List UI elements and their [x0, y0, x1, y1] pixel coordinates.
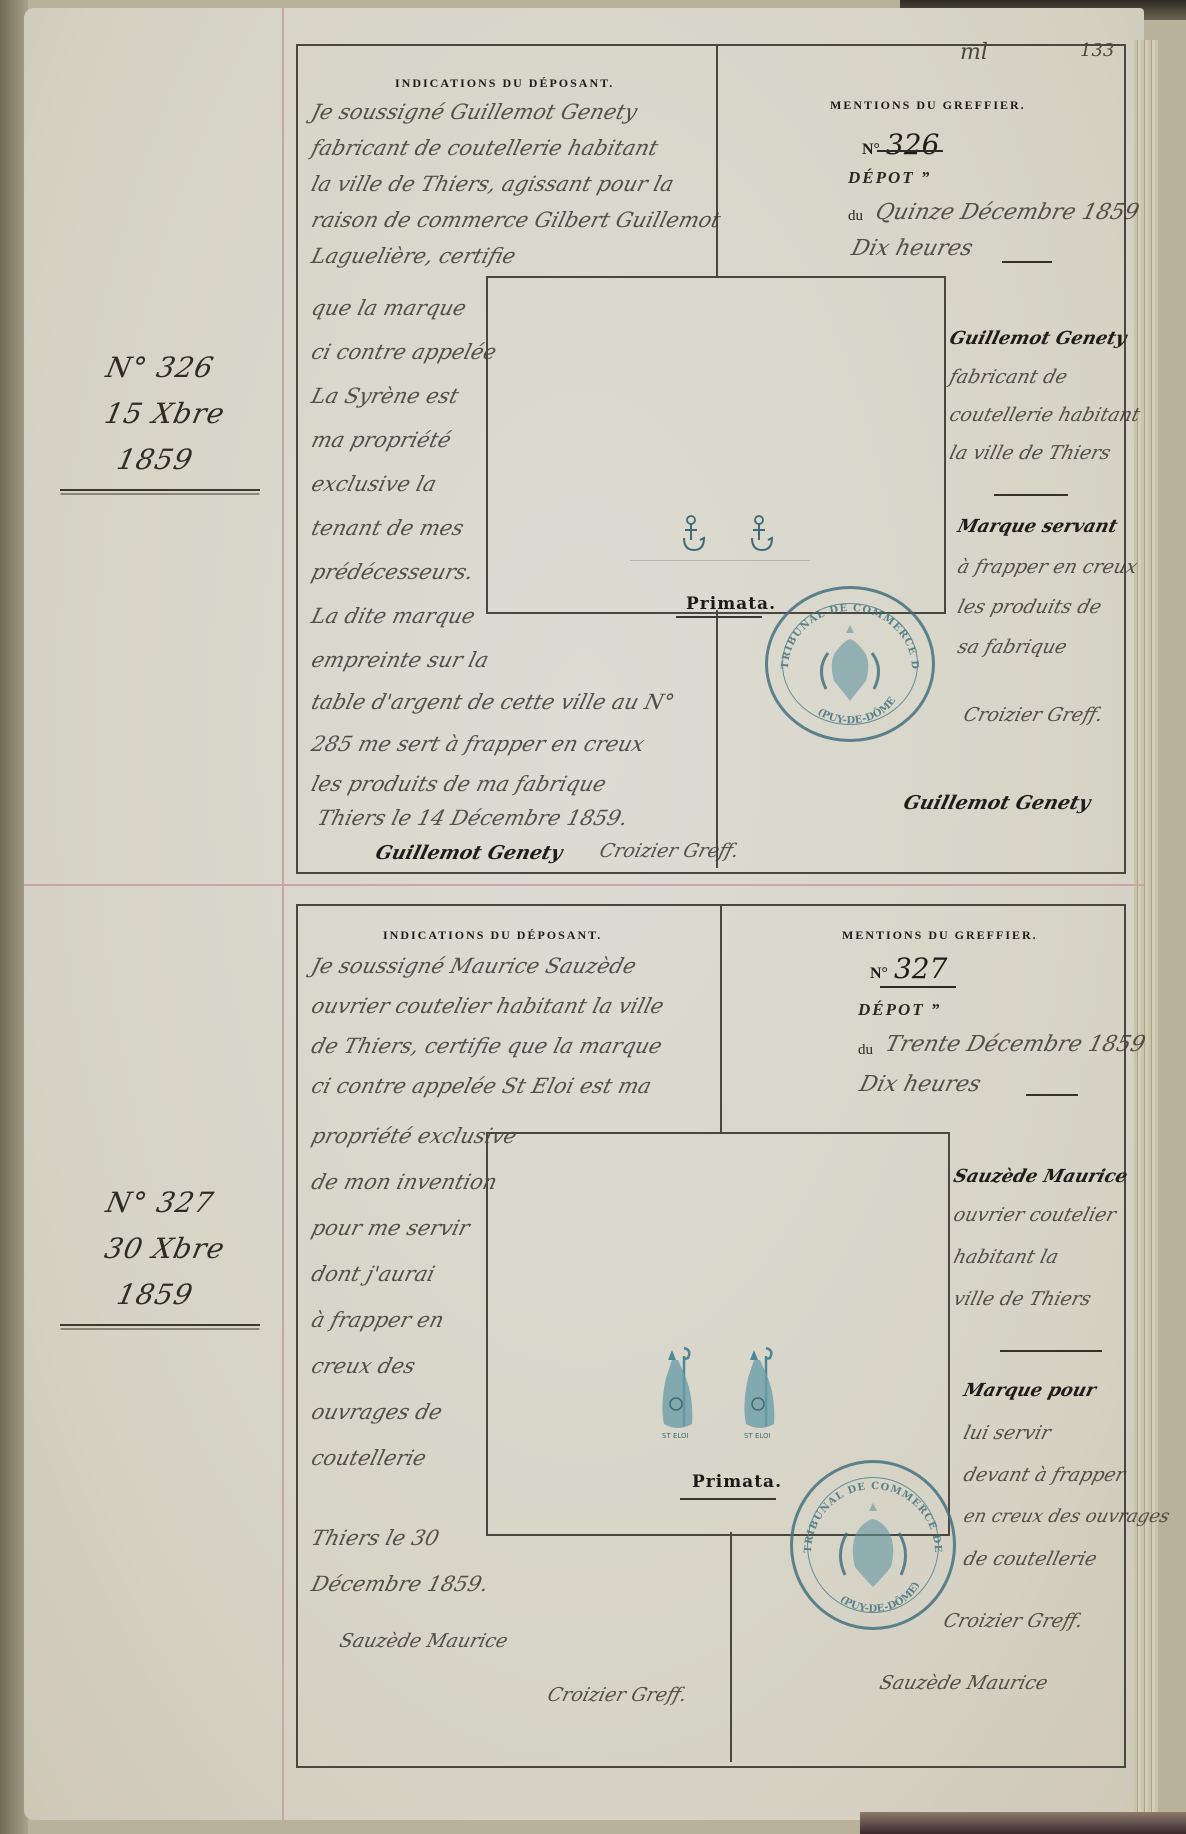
deposant-line: empreinte sur la	[309, 648, 491, 672]
time-rule	[1026, 1094, 1078, 1096]
mark-caption-primata: Primata.	[686, 594, 776, 614]
number-underline	[880, 986, 956, 988]
depot-time: Dix heures	[857, 1072, 983, 1097]
deposant-line: la ville de Thiers, agissant pour la	[309, 172, 676, 196]
greffier-name: Guillemot Genety	[947, 328, 1128, 349]
greffier-line: à frapper en creux	[955, 556, 1139, 578]
header-indications-deposant: INDICATIONS DU DÉPOSANT.	[395, 76, 614, 91]
deposant-line: exclusive la	[309, 472, 439, 496]
margin-note-number: N° 327	[55, 1180, 265, 1226]
greffier-separator	[994, 494, 1068, 496]
clerk-signature: Croizier Greff.	[545, 1684, 689, 1706]
greffier-name: Sauzède Maurice	[951, 1166, 1129, 1187]
depot-label: DÉPOT ”	[858, 1000, 941, 1020]
clerk-signature: Croizier Greff.	[597, 840, 741, 862]
number-underline	[877, 150, 943, 152]
deposant-line: les produits de ma fabrique	[309, 772, 609, 796]
deposant-line: à frapper en	[309, 1308, 446, 1332]
entry-separator-line	[24, 884, 1144, 886]
deposant-line: prédécesseurs.	[309, 560, 476, 584]
greffier-line: sa fabrique	[955, 636, 1069, 658]
deposant-line: coutellerie	[309, 1446, 429, 1470]
greffier-marque: Marque pour	[961, 1380, 1098, 1401]
deposant-line: de Thiers, certifie que la marque	[309, 1034, 665, 1058]
eagle-icon: TRIBUNAL DE COMMERCE DE THIERS (PUY-DE-D…	[793, 1463, 953, 1627]
column-divider-top	[716, 46, 718, 276]
column-divider-bottom	[716, 610, 718, 868]
margin-note-number: N° 326	[55, 345, 265, 391]
deposit-number: N°326	[862, 128, 939, 161]
du-label: du	[858, 1042, 873, 1059]
time-rule	[1002, 261, 1052, 263]
deposant-line: que la marque	[309, 296, 469, 320]
deposant-signature: Sauzède Maurice	[877, 1672, 1050, 1694]
anchor-mark-icon	[748, 514, 778, 558]
du-label: du	[848, 208, 863, 225]
greffier-line: les produits de	[955, 596, 1104, 618]
deposant-line: raison de commerce Gilbert Guillemot	[309, 208, 723, 232]
deposant-line: Je soussigné Maurice Sauzède	[309, 954, 639, 978]
depot-label: DÉPOT ”	[848, 168, 931, 188]
margin-red-line	[282, 8, 284, 1820]
deposant-line: Décembre 1859.	[309, 1572, 491, 1596]
primata-underline	[676, 616, 762, 618]
greffier-line: fabricant de	[947, 366, 1069, 388]
depot-date: Quinze Décembre 1859	[873, 200, 1142, 225]
ledger-book: ml 133 N° 326 15 Xbre 1859 INDICATIONS D…	[0, 0, 1186, 1834]
svg-text:ST ELOI: ST ELOI	[744, 1432, 771, 1440]
greffier-line: habitant la	[951, 1246, 1061, 1268]
greffier-line: de coutellerie	[961, 1548, 1099, 1570]
margin-note-entry-2: N° 327 30 Xbre 1859	[60, 1180, 260, 1326]
mark-base-line	[630, 560, 810, 561]
margin-note-date: 15 Xbre 1859	[50, 391, 270, 483]
eagle-icon: TRIBUNAL DE COMMERCE DE THIERS (PUY-DE-D…	[768, 589, 932, 739]
primata-underline	[680, 1498, 776, 1500]
deposant-line: Thiers le 30	[309, 1526, 442, 1550]
bishop-saint-eloi-mark-icon: ST ELOI	[740, 1346, 780, 1446]
deposant-line: ouvrages de	[309, 1400, 445, 1424]
svg-text:(PUY-DE-DÔME): (PUY-DE-DÔME)	[838, 1580, 922, 1615]
margin-note-entry-1: N° 326 15 Xbre 1859	[60, 345, 260, 491]
margin-note-date: 30 Xbre 1859	[50, 1226, 270, 1318]
deposant-line: ma propriété	[309, 428, 454, 452]
greffier-line: ville de Thiers	[951, 1288, 1093, 1310]
margin-note-underline	[60, 1324, 260, 1326]
deposant-line: creux des	[309, 1354, 418, 1378]
number-value: 326	[886, 128, 939, 161]
clerk-signature: Croizier Greff.	[941, 1610, 1085, 1632]
tribunal-seal-stamp: TRIBUNAL DE COMMERCE DE THIERS (PUY-DE-D…	[790, 1460, 956, 1630]
clerk-signature: Croizier Greff.	[961, 704, 1105, 726]
greffier-line: la ville de Thiers	[947, 442, 1113, 464]
header-indications-deposant: INDICATIONS DU DÉPOSANT.	[383, 928, 602, 943]
deposit-number: N°327	[870, 952, 947, 985]
deposant-line: fabricant de coutellerie habitant	[309, 136, 661, 160]
page-edges	[1134, 40, 1158, 1830]
deposant-line: 285 me sert à frapper en creux	[309, 732, 647, 756]
header-mentions-greffier: MENTIONS DU GREFFIER.	[842, 928, 1038, 943]
deposant-signature: Guillemot Genety	[373, 842, 564, 864]
depot-time: Dix heures	[849, 236, 975, 261]
deposant-line: tenant de mes	[309, 516, 466, 540]
deposant-line: Je soussigné Guillemot Genety	[309, 100, 640, 124]
greffier-line: ouvrier coutelier	[951, 1204, 1118, 1226]
deposant-signature: Guillemot Genety	[901, 792, 1092, 814]
deposant-line: pour me servir	[309, 1216, 472, 1240]
greffier-separator	[1000, 1350, 1102, 1352]
column-divider-bottom	[730, 1532, 732, 1762]
number-label: N°	[870, 965, 888, 982]
deposant-line: dont j'aurai	[309, 1262, 437, 1286]
column-divider-top	[720, 906, 722, 1132]
greffier-line: en creux des ouvrages	[961, 1506, 1172, 1527]
book-bottom-edge	[860, 1812, 1186, 1834]
number-value: 327	[894, 952, 947, 985]
deposant-line: ci contre appelée St Eloi est ma	[309, 1074, 654, 1098]
depot-date: Trente Décembre 1859	[883, 1032, 1148, 1057]
deposant-line: Thiers le 14 Décembre 1859.	[315, 806, 630, 830]
bishop-saint-eloi-mark-icon: ST ELOI	[658, 1346, 698, 1446]
anchor-mark-icon	[680, 514, 710, 558]
tribunal-seal-stamp: TRIBUNAL DE COMMERCE DE THIERS (PUY-DE-D…	[765, 586, 935, 742]
greffier-line: lui servir	[961, 1422, 1053, 1444]
deposant-line: table d'argent de cette ville au N°	[309, 690, 677, 714]
header-mentions-greffier: MENTIONS DU GREFFIER.	[830, 98, 1026, 113]
deposant-line: La Syrène est	[309, 384, 461, 408]
deposant-line: La dite marque	[309, 604, 478, 628]
svg-text:ST ELOI: ST ELOI	[662, 1432, 689, 1440]
mark-caption-primata: Primata.	[692, 1472, 782, 1492]
greffier-line: coutellerie habitant	[947, 404, 1142, 426]
greffier-line: devant à frapper	[961, 1464, 1127, 1486]
greffier-marque: Marque servant	[955, 516, 1119, 537]
deposant-line: Laguelière, certifie	[309, 244, 518, 268]
deposant-line: ouvrier coutelier habitant la ville	[309, 994, 666, 1018]
deposant-line: de mon invention	[309, 1170, 500, 1194]
mark-impression-box	[486, 276, 946, 614]
margin-note-underline	[60, 489, 260, 491]
deposant-line: ci contre appelée	[309, 340, 499, 364]
deposant-signature: Sauzède Maurice	[337, 1630, 510, 1652]
